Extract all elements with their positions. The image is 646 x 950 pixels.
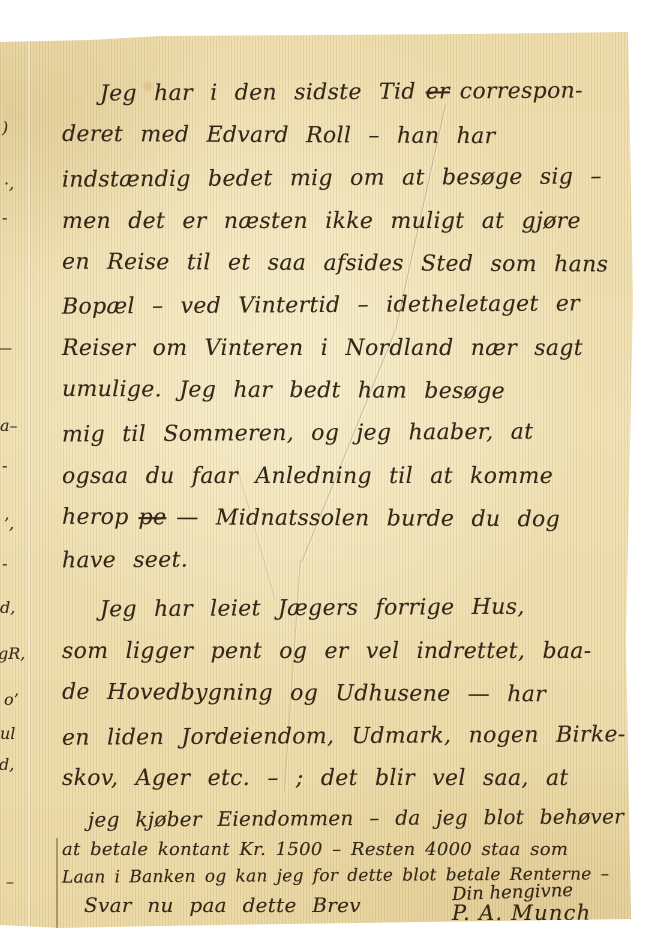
margin-ink-fragment: ’,	[4, 514, 14, 533]
letter-line: de Hovedbygning og Udhusene — har	[62, 680, 546, 709]
margin-ink-fragment: d,	[0, 755, 14, 774]
letter-line: Jeg har i den sidste Tidercorrespon-	[100, 79, 583, 108]
letter-line: Reiser om Vinteren i Nordland nær sagt	[62, 336, 583, 362]
margin-ink-fragment: —	[0, 338, 12, 357]
letter-line: men det er næsten ikke muligt at gjøre	[62, 209, 581, 235]
letter-line: at betale kontant Kr. 1500 – Resten 4000…	[62, 839, 568, 861]
margin-ink-fragment: a–	[0, 416, 18, 435]
margin-ink-fragment: ul	[0, 724, 15, 743]
letter-line: Bopæl – ved Vintertid – idetheletaget er	[62, 291, 580, 321]
letter-line: deret med Edvard Roll – han har	[62, 122, 496, 151]
margin-ink-fragment: o’	[4, 690, 19, 709]
margin-ink-fragment: ·,	[4, 174, 14, 193]
signature-name: P. A. Munch	[452, 901, 591, 925]
line-text: Jeg har i den sidste Tid	[100, 80, 416, 107]
strikethrough-text: pe	[139, 505, 167, 530]
line-text: correspon-	[460, 79, 583, 105]
line-text: herop	[62, 505, 129, 530]
letter-line: ogsaa du faar Anledning til at komme	[62, 464, 553, 490]
letter-line: indstændig bedet mig om at besøge sig –	[62, 164, 602, 194]
margin-ink-fragment: -	[2, 208, 7, 227]
line-text: — Midnatssolen burde du dog	[176, 505, 560, 532]
letter-line: Jeg har leiet Jægers forrige Hus,	[100, 595, 525, 624]
strikethrough-text: er	[426, 79, 450, 104]
margin-ink-fragment: )	[2, 118, 8, 137]
letter-line: som ligger pent og er vel indrettet, baa…	[62, 639, 592, 665]
letter-line: heroppe— Midnatssolen burde du dog	[62, 505, 560, 534]
margin-ink-fragment: d,	[0, 598, 15, 617]
letter-line: have seet.	[62, 548, 188, 575]
letter-line: skov, Ager etc. – ; det blir vel saa, at	[62, 766, 569, 792]
margin-ink-fragment: gR,	[0, 644, 25, 663]
underlying-page-edge	[56, 838, 58, 928]
letter-line: Svar nu paa dette Brev	[84, 893, 361, 917]
margin-ink-fragment: -	[2, 456, 7, 475]
vertical-fold-crease	[27, 32, 31, 928]
margin-ink-fragment: -	[2, 554, 7, 573]
letter-paper: ) ·, - — a– - ’, - d, gR, o’ ul d, – Jeg…	[0, 0, 646, 950]
letter-line: jeg kjøber Eiendommen – da jeg blot behø…	[88, 804, 624, 831]
letter-line: en liden Jordeiendom, Udmark, nogen Birk…	[62, 722, 626, 752]
letter-line: umulige. Jeg har bedt ham besøge	[62, 377, 505, 406]
margin-ink-fragment: –	[6, 872, 14, 891]
letter-line: en Reise til et saa afsides Sted som han…	[62, 250, 608, 279]
diagonal-crease	[284, 560, 301, 792]
letter-line: mig til Sommeren, og jeg haaber, at	[62, 420, 534, 449]
